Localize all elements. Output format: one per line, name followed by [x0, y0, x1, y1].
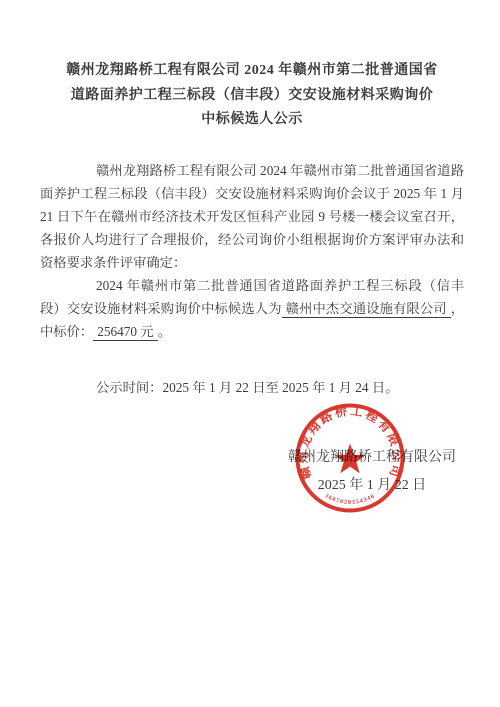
title-line-2: 道路面养护工程三标段（信丰段）交安设施材料采购询价 [40, 84, 464, 109]
announcement-document: 赣州龙翔路桥工程有限公司 2024 年赣州市第二批普通国省 道路面养护工程三标段… [0, 0, 500, 707]
document-title: 赣州龙翔路桥工程有限公司 2024 年赣州市第二批普通国省 道路面养护工程三标段… [40, 59, 464, 133]
winner-name: 赣州中杰交通设施有限公司 [282, 301, 451, 318]
seal-ring-text: 赣州龙翔路桥工程有限公司 [295, 403, 404, 482]
document-content: 赣州龙翔路桥工程有限公司 2024 年赣州市第二批普通国省 道路面养护工程三标段… [40, 59, 464, 399]
paragraph-meeting-info: 赣州龙翔路桥工程有限公司 2024 年赣州市第二批普通国省道路面养护工程三标段（… [40, 159, 464, 274]
star-icon [334, 444, 365, 474]
svg-text:赣州龙翔路桥工程有限公司: 赣州龙翔路桥工程有限公司 [295, 403, 404, 482]
title-line-3: 中标候选人公示 [40, 108, 464, 133]
seal-serial-number: 3607020354346 [324, 493, 377, 506]
document-body: 赣州龙翔路桥工程有限公司 2024 年赣州市第二批普通国省道路面养护工程三标段（… [40, 159, 464, 399]
winner-paragraph-suffix: 。 [158, 324, 171, 339]
title-line-1: 赣州龙翔路桥工程有限公司 2024 年赣州市第二批普通国省 [40, 59, 464, 84]
paragraph-winner: 2024 年赣州市第二批普通国省道路面养护工程三标段（信丰段）交安设施材料采购询… [40, 274, 464, 343]
company-seal-stamp: 赣州龙翔路桥工程有限公司 3607020354346 [293, 401, 407, 515]
publicity-period: 公示时间：2025 年 1 月 22 日至 2025 年 1 月 24 日。 [40, 376, 464, 399]
svg-text:3607020354346: 3607020354346 [324, 493, 377, 506]
winning-price: 256470 元 [93, 324, 158, 341]
